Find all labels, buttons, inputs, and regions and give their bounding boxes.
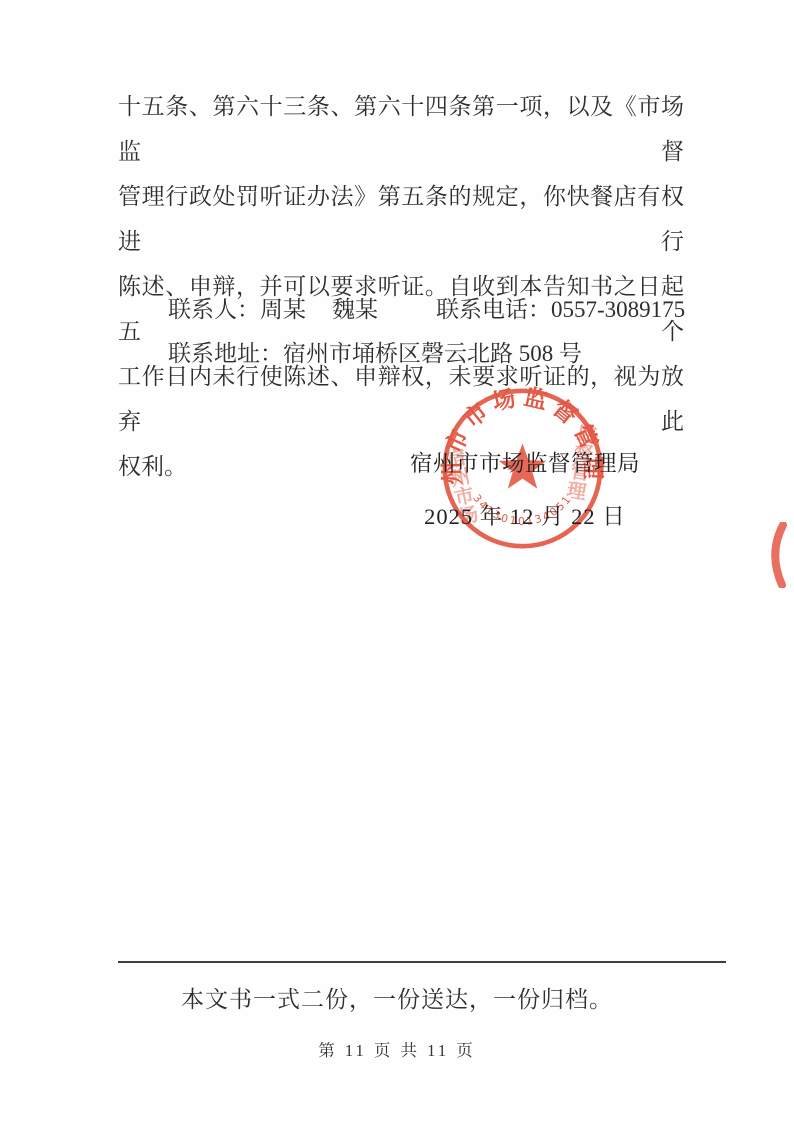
signature-agency-name: 宿州市市场监督管理局 (410, 446, 640, 478)
edge-seal-fragment-icon (764, 522, 788, 588)
body-line-1: 十五条、第六十三条、第六十四条第一项，以及《市场监督 (118, 84, 684, 174)
document-page: 十五条、第六十三条、第六十四条第一项，以及《市场监督 管理行政处罚听证办法》第五… (0, 0, 794, 1122)
page-indicator: 第 11 页 共 11 页 (0, 1037, 794, 1061)
contact-phone-label: 联系电话： (436, 297, 551, 322)
contact-person-name-1: 周某 (260, 297, 306, 322)
footer-note: 本文书一式二份，一份送达，一份归档。 (0, 981, 794, 1014)
contact-block: 联系人：周某魏某联系电话：0557-3089175 联系地址：宿州市埇桥区磬云北… (118, 288, 718, 376)
contact-person-label: 联系人： (168, 297, 260, 322)
body-line-2: 管理行政处罚听证办法》第五条的规定，你快餐店有权进行 (118, 174, 684, 264)
signature-block: 宿州市市场监督管理局 2025 年 12 月 22 日 (410, 446, 640, 531)
signature-date: 2025 年 12 月 22 日 (410, 499, 640, 531)
contact-phone-number: 0557-3089175 (551, 297, 685, 322)
contact-address-label: 联系地址： (168, 341, 283, 366)
contact-address-line: 联系地址：宿州市埇桥区磬云北路 508 号 (118, 332, 718, 376)
contact-address-value: 宿州市埇桥区磬云北路 508 号 (283, 341, 582, 366)
footer-divider (118, 961, 726, 963)
contact-person-name-2: 魏某 (332, 297, 378, 322)
contact-person-line: 联系人：周某魏某联系电话：0557-3089175 (118, 288, 718, 332)
